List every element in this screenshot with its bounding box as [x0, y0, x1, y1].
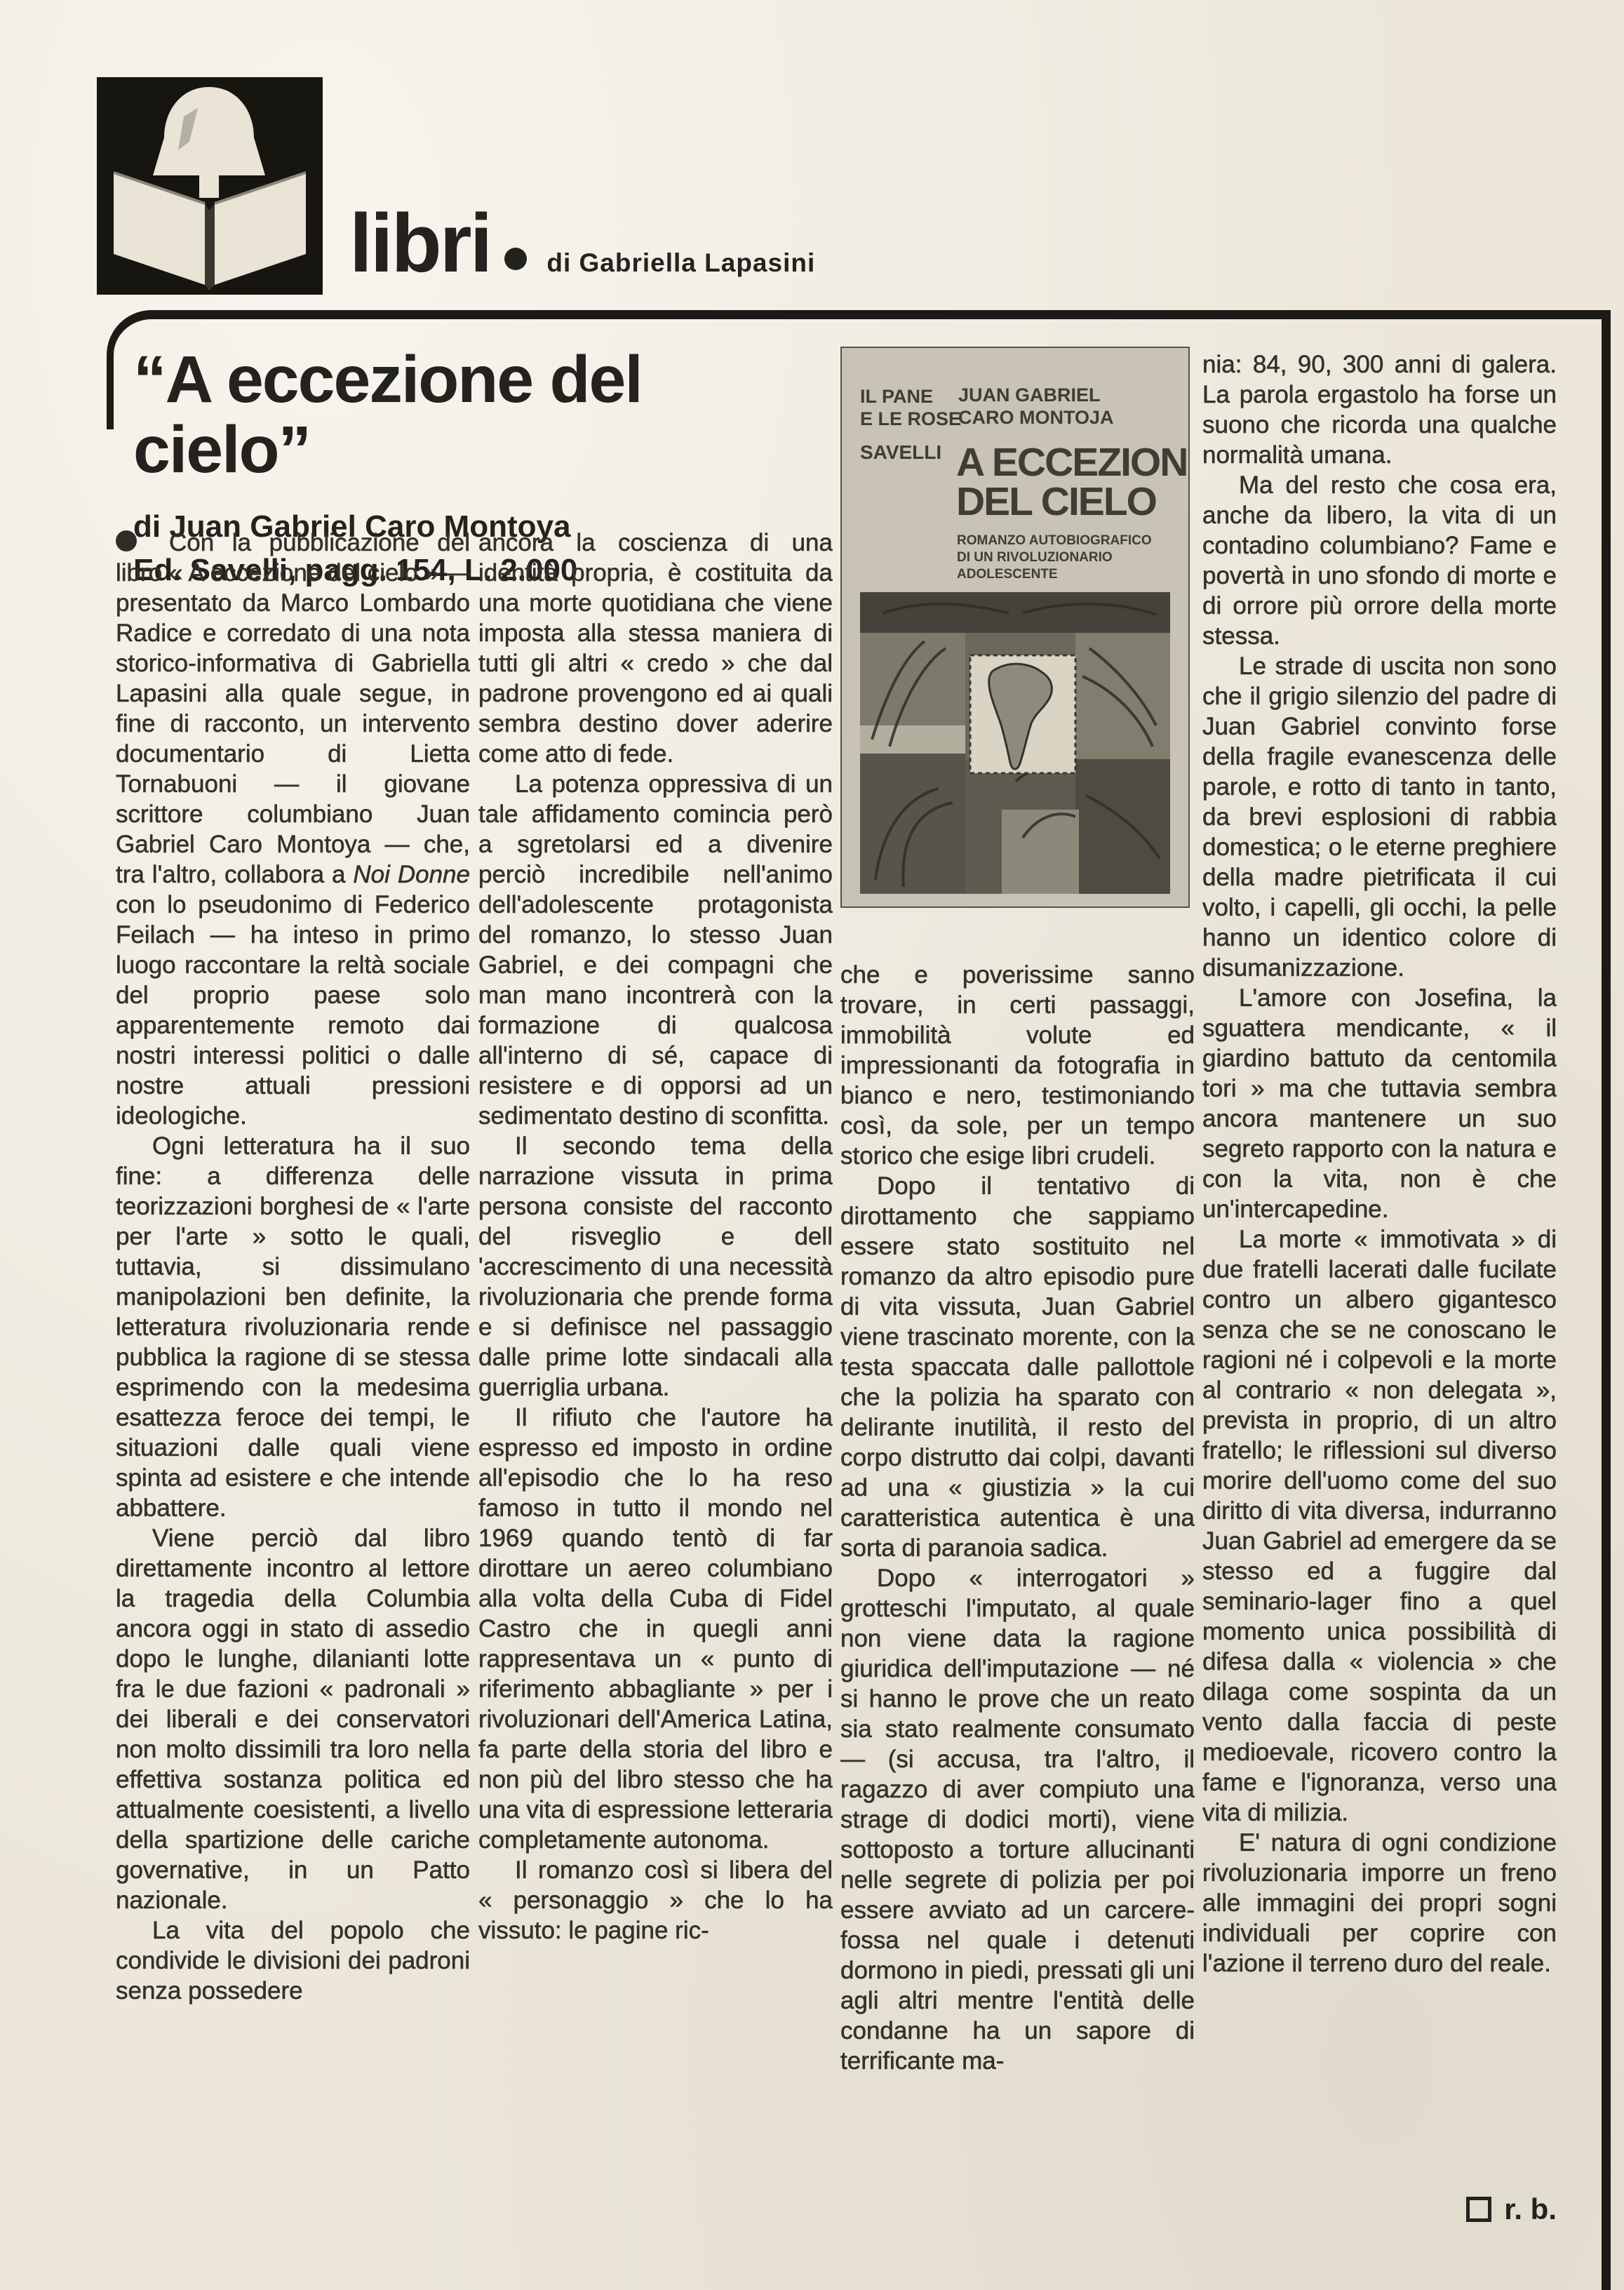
article-column-4: nia: 84, 90, 300 anni di galera. La paro… — [1202, 349, 1557, 2205]
column-author: di Gabriella Lapasini — [546, 248, 815, 278]
article-signature-row: r. b. — [1202, 2192, 1557, 2226]
paragraph-fragment: La potenza oppressiva di un tale affidam… — [478, 769, 833, 1131]
book-cover-image: IL PANE E LE ROSE SAVELLI JUAN GABRIEL C… — [840, 347, 1190, 908]
paragraph-fragment: nia: 84, 90, 300 anni di galera. La paro… — [1202, 349, 1557, 470]
cover-series-line1: IL PANE — [860, 386, 933, 407]
cover-title-line2: DEL CIELO — [956, 479, 1156, 524]
cover-series-line2: E LE ROSE — [860, 408, 961, 429]
paragraph-fragment: Viene perciò dal libro direttamente inco… — [116, 1523, 470, 1915]
cover-publisher: SAVELLI — [860, 441, 941, 463]
paragraph-fragment: Le strade di uscita non sono che il grig… — [1202, 651, 1557, 983]
signature-box-icon — [1466, 2197, 1491, 2222]
paragraph-fragment: Dopo « interrogatori » grotteschi l'impu… — [840, 1563, 1195, 2076]
cover-author-line2: CARO MONTOJA — [958, 407, 1114, 428]
paragraph-bullet-icon — [116, 530, 137, 551]
article-title: “A eccezione del cielo” — [133, 345, 835, 486]
books-section-logo — [97, 77, 323, 295]
masthead-dot-icon — [504, 248, 527, 270]
lamp-over-book-icon — [97, 77, 323, 295]
signature-initials: r. b. — [1504, 2192, 1557, 2225]
jungle-mosaic — [860, 592, 1170, 894]
section-title: libri — [349, 202, 490, 285]
paragraph-fragment: Ogni letteratura ha il suo fine: a diffe… — [116, 1131, 470, 1523]
paragraph-fragment: La morte « immotivata » di due fratelli … — [1202, 1224, 1557, 1828]
paragraph-fragment: Il secondo tema della narrazione vissuta… — [478, 1131, 833, 1402]
paragraph-fragment: L'amore con Josefina, la sguattera mendi… — [1202, 983, 1557, 1224]
paragraph-fragment: che e poverissime sanno trovare, in cert… — [840, 960, 1195, 1171]
paragraph-fragment: Ma del resto che cosa era, anche da libe… — [1202, 470, 1557, 651]
book-cover-illustration: IL PANE E LE ROSE SAVELLI JUAN GABRIEL C… — [840, 347, 1190, 908]
paragraph-fragment: Dopo il tentativo di dirottamento che sa… — [840, 1171, 1195, 1563]
cover-subtitle-line2: DI UN RIVOLUZIONARIO — [957, 550, 1113, 565]
paragraph-fragment: E' natura di ogni condizione rivoluziona… — [1202, 1828, 1557, 1978]
paragraph-fragment: La vita del popolo che condivide le divi… — [116, 1915, 470, 2006]
article-column-1: Con la pubblicazione del libro « A eccez… — [116, 528, 470, 2071]
cover-title-line1: A ECCEZIONE — [956, 440, 1190, 485]
cover-author-line1: JUAN GABRIEL — [958, 384, 1101, 406]
cover-subtitle-line1: ROMANZO AUTOBIOGRAFICO — [957, 533, 1152, 548]
scanned-newspaper-page: libri di Gabriella Lapasini “A eccezione… — [0, 0, 1624, 2290]
paragraph-fragment: ancora la coscienza di una identità prop… — [478, 528, 833, 769]
cover-subtitle-line3: ADOLESCENTE — [957, 567, 1058, 582]
paragraph-fragment: Il rifiuto che l'autore ha espresso ed i… — [478, 1402, 833, 1855]
paragraph-fragment: Con la pubblicazione del libro « A eccez… — [116, 528, 470, 1131]
section-masthead: libri di Gabriella Lapasini — [349, 202, 815, 285]
paragraph-fragment: Il romanzo così si libera del « personag… — [478, 1855, 833, 1946]
article-column-2: ancora la coscienza di una identità prop… — [478, 528, 833, 2225]
article-column-3: che e poverissime sanno trovare, in cert… — [840, 960, 1195, 2226]
